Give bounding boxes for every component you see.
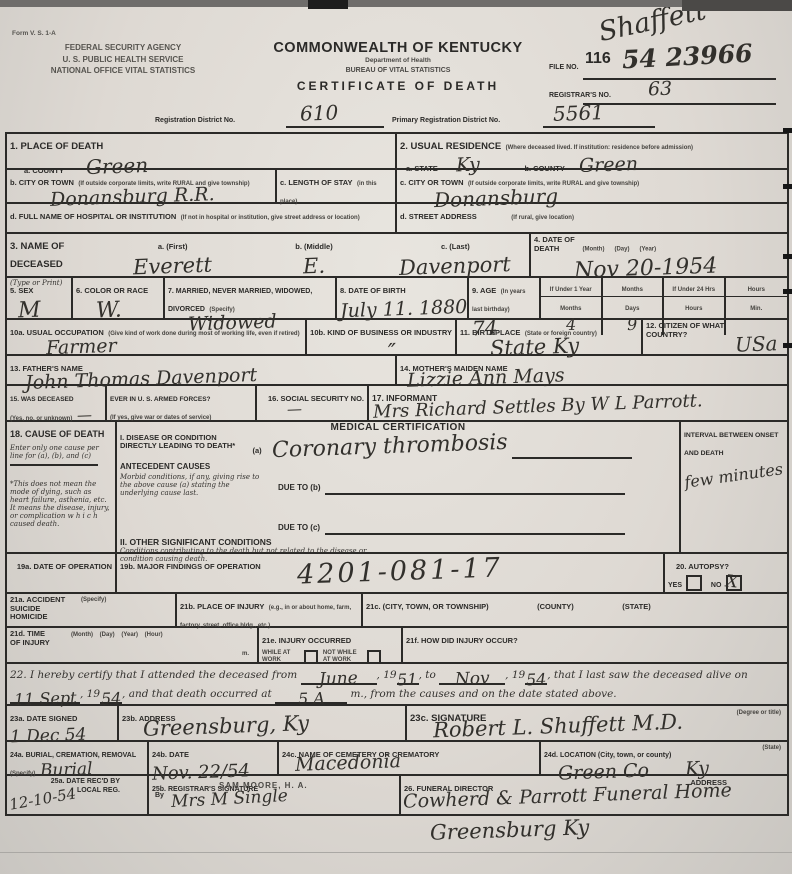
scan-artifact [682, 0, 792, 11]
certify-y1: 51 [397, 670, 418, 690]
certificate-form: 1. PLACE OF DEATH a. COUNTY Green b. CIT… [5, 132, 789, 816]
section-injury-location: 21c. (CITY, TOWN, OR TOWNSHIP) (COUNTY) … [363, 594, 787, 626]
reg-district-value: 610 [300, 100, 339, 125]
citizen-label: 12. CITIZEN OF WHAT COUNTRY? [646, 322, 726, 339]
under1-label: If Under 1 Year [550, 287, 592, 293]
cause-a-value: Coronary thrombosis [272, 429, 508, 462]
file-no-printed: 116 [585, 55, 611, 64]
reg-district-label: Registration District No. [155, 117, 235, 126]
section-registrar-signature: 25b. REGISTRAR'S SIGNATURE SAM MOORE, H.… [149, 776, 401, 814]
registrar-by-label: By [155, 792, 164, 801]
accident-note: (Specify) [81, 597, 106, 604]
major-findings-label: 19b. MAJOR FINDINGS OF OPERATION [120, 562, 261, 571]
burial-label: 24a. BURIAL, CREMATION, REMOVAL [10, 752, 136, 759]
usual-residence-note: (Where deceased lived. If institution: r… [506, 145, 693, 151]
first-name-value: Everett [133, 253, 213, 280]
section-armed-forces: EVER IN U. S. ARMED FORCES? (If yes, giv… [107, 386, 257, 420]
cause-of-death-label: 18. CAUSE OF DEATH [10, 429, 104, 439]
last-name-label: c. (Last) [441, 242, 470, 251]
section-sex: 5. SEX M [7, 278, 73, 318]
section-occupation: 10a. USUAL OCCUPATION (Give kind of work… [7, 320, 307, 354]
section-age: 9. AGE (In years last birthday) 74 If Un… [469, 278, 787, 318]
registrar-no-line [583, 103, 776, 105]
name-title: 3. NAME OF DECEASED [10, 241, 64, 270]
section-informant: 17. INFORMANT Mrs Richard Settles By W L… [369, 386, 787, 420]
armed-forces-label: EVER IN U. S. ARMED FORCES? [110, 396, 211, 403]
other-significant-label: II. OTHER SIGNIFICANT CONDITIONS [120, 538, 676, 547]
occupation-note: (Give kind of work done during most of w… [108, 331, 299, 337]
place-of-injury-label: 21b. PLACE OF INJURY [180, 602, 264, 611]
section-time-of-injury: 21d. TIME OF INJURY (Month) (Day) (Year)… [7, 628, 259, 662]
signature-note: (Degree or title) [737, 710, 781, 717]
row-parents: 13. FATHER'S NAME John Thomas Davenport … [7, 356, 787, 386]
age-label: 9. AGE [472, 286, 496, 295]
scan-artifact [783, 289, 792, 294]
section-signer-address: 23b. ADDRESS Greensburg, Ky [119, 706, 407, 740]
was-deceased-label: 15. WAS DECEASED [10, 396, 74, 403]
section-business: 10b. KIND OF BUSINESS OR INDUSTRY ″ [307, 320, 457, 354]
primary-district-label: Primary Registration District No. [392, 117, 500, 126]
first-name-label: a. (First) [158, 242, 188, 251]
dept-of-health: Department of Health [248, 57, 548, 66]
autopsy-label: 20. AUTOPSY? [676, 562, 729, 571]
row-place-residence: 1. PLACE OF DEATH a. COUNTY Green b. CIT… [7, 134, 787, 234]
injury-county-label: (COUNTY) [537, 602, 574, 611]
file-no-label: FILE NO. [549, 64, 579, 73]
under24-label: If Under 24 Hrs [672, 287, 715, 293]
section-burial-location: 24d. LOCATION (City, town, or county) (S… [541, 742, 787, 774]
row-operation: 19a. DATE OF OPERATION 19b. MAJOR FINDIN… [7, 554, 787, 594]
section-date-of-operation: 19a. DATE OF OPERATION [7, 554, 117, 592]
row-name-dod: 3. NAME OF DECEASED (Type or Print) a. (… [7, 234, 787, 278]
certify-y3-pre: , 19 [80, 688, 100, 700]
date-signed-label: 23a. DATE SIGNED [10, 714, 77, 723]
certify-to-word: , to [419, 669, 436, 681]
section-date-of-death: 4. DATE OF DEATH (Month) (Day) (Year) No… [531, 234, 787, 276]
section-funeral-director: 26. FUNERAL DIRECTOR ADDRESS Cowherd & P… [401, 776, 787, 814]
scan-artifact [308, 0, 348, 9]
row-occupation: 10a. USUAL OCCUPATION (Give kind of work… [7, 320, 787, 356]
section-interval: INTERVAL BETWEEN ONSET AND DEATH few min… [681, 422, 787, 552]
interval-label: INTERVAL BETWEEN ONSET AND DEATH [684, 432, 778, 457]
section-certify-statement: 22. I hereby certify that I attended the… [7, 664, 787, 704]
certify-from-value: June [319, 669, 358, 689]
certify-y1-pre: , 19 [377, 669, 397, 681]
scan-artifact [783, 184, 792, 189]
section-citizen: 12. CITIZEN OF WHAT COUNTRY? USa [643, 320, 787, 354]
morbid-conditions-note: Morbid conditions, if any, giving rise t… [120, 473, 270, 535]
usual-residence-title: 2. USUAL RESIDENCE [400, 141, 501, 152]
min-sub: Min. [750, 306, 762, 312]
dod-columns: (Month) (Day) (Year) [582, 247, 656, 253]
ssn-value: — [287, 400, 303, 419]
commonwealth-title: COMMONWEALTH OF KENTUCKY [248, 44, 548, 53]
sex-label: 5. SEX [10, 286, 33, 295]
middle-name-label: b. (Middle) [295, 242, 333, 251]
while-at-work-checkbox [304, 650, 318, 664]
burial-location-label: 24d. LOCATION (City, town, or county) [544, 752, 671, 759]
city-town-label: b. CITY OR TOWN [10, 178, 74, 187]
while-at-work-label: WHILE AT WORK [262, 650, 300, 664]
section-cause-sidebar: 18. CAUSE OF DEATH Enter only one cause … [7, 422, 117, 552]
last-name-value: Davenport [399, 252, 512, 280]
street-address-note: (If rural, give location) [511, 215, 574, 221]
hospital-label: d. FULL NAME OF HOSPITAL OR INSTITUTION [10, 212, 176, 221]
signer-address-value: Greensburg, Ky [143, 711, 310, 741]
months-header: Months [622, 287, 643, 293]
section-dob: 8. DATE OF BIRTH July 11. 1880 [337, 278, 469, 318]
length-of-stay-label: c. LENGTH OF STAY [280, 178, 353, 187]
middle-name-value: E. [303, 254, 326, 279]
antecedent-causes-label: ANTECEDENT CAUSES [120, 463, 676, 472]
reg-district-line [286, 126, 384, 128]
row-burial: 24a. BURIAL, CREMATION, REMOVAL (Specify… [7, 742, 787, 776]
section-cemetery: 24c. NAME OF CEMETERY OR CREMATORY Maced… [279, 742, 541, 774]
section-color-race: 6. COLOR OR RACE W. [73, 278, 165, 318]
days-sub: Days [625, 306, 639, 312]
section-signature: 23c. SIGNATURE (Degree or title) Robert … [407, 706, 787, 740]
section-place-of-death: 1. PLACE OF DEATH a. COUNTY Green b. CIT… [7, 134, 397, 232]
time-of-injury-m: m. [242, 651, 249, 658]
row-certify: 22. I hereby certify that I attended the… [7, 664, 787, 706]
cause-note-2: *This does not mean the mode of dying, s… [10, 480, 112, 528]
section-burial: 24a. BURIAL, CREMATION, REMOVAL (Specify… [7, 742, 149, 774]
section-usual-residence: 2. USUAL RESIDENCE (Where deceased lived… [397, 134, 787, 232]
autopsy-no-checkbox: X [726, 575, 742, 591]
section-burial-date: 24b. DATE Nov. 22/54 [149, 742, 279, 774]
certificate-of-death-title: CERTIFICATE OF DEATH [248, 82, 548, 91]
row-medical-certification: 18. CAUSE OF DEATH Enter only one cause … [7, 422, 787, 554]
section-medical-cert: MEDICAL CERTIFICATION I. DISEASE OR COND… [117, 422, 681, 552]
section-name-of-deceased: 3. NAME OF DECEASED (Type or Print) a. (… [7, 234, 531, 276]
burial-location-state-note: (State) [762, 745, 781, 752]
injury-city-label: 21c. (CITY, TOWN, OR TOWNSHIP) [366, 602, 489, 611]
hours-sub: Hours [685, 306, 702, 312]
section-injury-occurred: 21e. INJURY OCCURRED WHILE AT WORK NOT W… [259, 628, 403, 662]
due-to-c-label: DUE TO (c) [278, 523, 320, 532]
certify-to-value: Nov [454, 669, 489, 689]
section-how-injury: 21f. HOW DID INJURY OCCUR? [403, 628, 787, 662]
section-birthplace: 11. BIRTHPLACE (State or foreign country… [457, 320, 643, 354]
certify-prefix: 22. I hereby certify that I attended the… [10, 669, 297, 681]
row-injury-time: 21d. TIME OF INJURY (Month) (Day) (Year)… [7, 628, 787, 664]
medical-certification-title: MEDICAL CERTIFICATION [120, 424, 676, 433]
primary-district-line [543, 126, 655, 128]
cause-a-prefix: (a) [252, 446, 261, 455]
not-while-checkbox [367, 650, 381, 664]
certify-suffix: m., from the causes and on the date stat… [350, 688, 616, 700]
due-to-b-line [325, 480, 625, 495]
section-father: 13. FATHER'S NAME John Thomas Davenport [7, 356, 397, 384]
marital-label: 7. MARRIED, NEVER MARRIED, WIDOWED, DIVO… [168, 288, 312, 313]
bureau-vital-statistics: BUREAU OF VITAL STATISTICS [248, 67, 548, 76]
row-informant: 15. WAS DECEASED (Yes, no, or unknown) —… [7, 386, 787, 422]
form-number: Form V. S. 1-A [12, 30, 56, 39]
divider [10, 464, 98, 466]
residence-city-label: c. CITY OR TOWN [400, 178, 463, 187]
date-of-operation-label: 19a. DATE OF OPERATION [17, 562, 112, 571]
burial-date-label: 24b. DATE [152, 750, 189, 759]
street-address-label: d. STREET ADDRESS [400, 212, 477, 221]
cause-a-line [512, 444, 632, 459]
row-registrar: 25a. DATE REC'D BY LOCAL REG. 12-10-54 2… [7, 776, 787, 814]
agency-line-1: FEDERAL SECURITY AGENCY [6, 44, 240, 53]
due-to-b-label: DUE TO (b) [278, 483, 321, 492]
autopsy-yes-checkbox [686, 575, 702, 591]
not-while-label: NOT WHILE AT WORK [323, 650, 363, 664]
primary-district-value: 5561 [553, 100, 605, 126]
section-autopsy: 20. AUTOPSY? YES NO X [665, 554, 787, 592]
scan-artifact [783, 254, 792, 259]
agency-line-2: U. S. PUBLIC HEALTH SERVICE [6, 56, 240, 65]
section-mother: 14. MOTHER'S MAIDEN NAME Lizzie Ann Mays [397, 356, 787, 384]
section-marital: 7. MARRIED, NEVER MARRIED, WIDOWED, DIVO… [165, 278, 337, 318]
autopsy-no-mark: X [725, 571, 739, 592]
row-sex-age: 5. SEX M 6. COLOR OR RACE W. 7. MARRIED,… [7, 278, 787, 320]
citizen-value: USa [734, 331, 777, 356]
race-label: 6. COLOR OR RACE [76, 286, 148, 295]
death-certificate-scan: Form V. S. 1-A FEDERAL SECURITY AGENCY U… [0, 0, 792, 874]
scan-artifact [783, 128, 792, 133]
interval-value: few minutes [683, 459, 784, 492]
cemetery-value: Macedonia [295, 750, 402, 776]
scan-fold-line [0, 852, 792, 853]
place-of-death-title: 1. PLACE OF DEATH [10, 141, 103, 152]
certify-death-at: , and that death occurred at [122, 688, 272, 700]
section-major-findings: 19b. MAJOR FINDINGS OF OPERATION 4201-08… [117, 554, 665, 592]
how-injury-label: 21f. HOW DID INJURY OCCUR? [406, 636, 518, 645]
section-accident: 21a. ACCIDENT SUICIDE HOMICIDE (Specify) [7, 594, 177, 626]
autopsy-yes-label: YES [668, 582, 682, 589]
accident-label: 21a. ACCIDENT SUICIDE HOMICIDE [10, 596, 70, 622]
file-no-line [583, 78, 776, 80]
certify-mid: , that I last saw the deceased alive on [547, 669, 748, 681]
certify-y2-pre: , 19 [505, 669, 525, 681]
autopsy-no-label: NO [711, 582, 722, 589]
section-ssn: 16. SOCIAL SECURITY NO. — [257, 386, 369, 420]
hours-header: Hours [748, 287, 765, 293]
major-findings-value: 4201-081-17 [297, 552, 504, 590]
cause-note-1: Enter only one cause per line for (a), (… [10, 444, 112, 460]
time-of-injury-label: 21d. TIME OF INJURY [10, 630, 50, 647]
row-injury-place: 21a. ACCIDENT SUICIDE HOMICIDE (Specify)… [7, 594, 787, 628]
certify-y2: 54 [526, 670, 547, 690]
armed-forces-note: (If yes, give war or dates of service) [110, 415, 211, 421]
row-signature: 23a. DATE SIGNED 1 Dec 54 23b. ADDRESS G… [7, 706, 787, 742]
injury-state-label: (STATE) [622, 602, 650, 611]
time-of-injury-cols: (Month) (Day) (Year) (Hour) [71, 632, 163, 639]
dob-value: July 11. 1880 [340, 296, 468, 322]
business-label: 10b. KIND OF BUSINESS OR INDUSTRY [310, 328, 452, 337]
scan-artifact [783, 343, 792, 348]
dob-label: 8. DATE OF BIRTH [340, 286, 406, 295]
dod-label: 4. DATE OF DEATH [534, 236, 578, 253]
section-date-received: 25a. DATE REC'D BY LOCAL REG. 12-10-54 [7, 776, 149, 814]
section-place-of-injury: 21b. PLACE OF INJURY (e.g., in or about … [177, 594, 363, 626]
injury-occurred-label: 21e. INJURY OCCURRED [262, 636, 351, 645]
ssn-label: 16. SOCIAL SECURITY NO. [268, 394, 364, 403]
agency-line-3: NATIONAL OFFICE VITAL STATISTICS [6, 67, 240, 76]
section-date-signed: 23a. DATE SIGNED 1 Dec 54 [7, 706, 119, 740]
months-sub: Months [560, 306, 581, 312]
scan-top-edge [0, 0, 792, 7]
disease-condition-label-2: DIRECTLY LEADING TO DEATH* [120, 441, 235, 450]
due-to-c-line [325, 520, 625, 535]
hospital-note: (If not in hospital or institution, give… [181, 215, 360, 221]
date-received-value: 12-10-54 [8, 784, 78, 813]
registrar-no-value: 63 [648, 78, 673, 101]
